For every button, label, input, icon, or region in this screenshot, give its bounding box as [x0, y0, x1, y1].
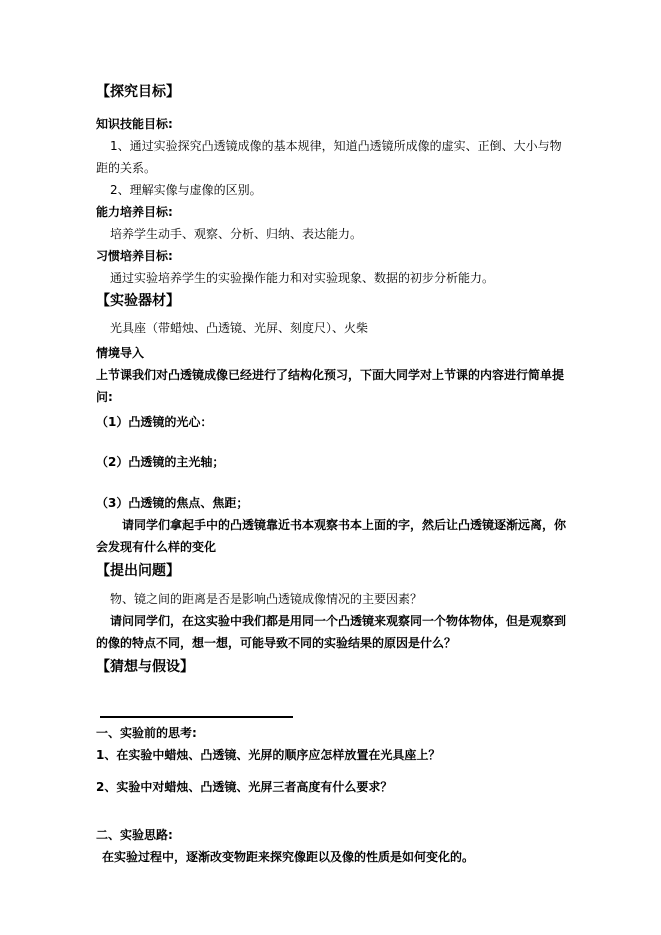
answer-blank-underline: [100, 703, 293, 718]
document-page: 【探究目标】知识技能目标:1、通过实验探究凸透镜成像的基本规律，知道凸透镜所成像…: [0, 0, 661, 935]
section-heading: 【猜想与假设】: [96, 655, 567, 679]
paragraph-line: 在实验过程中，逐渐改变物距来探究像距以及像的性质是如何变化的。: [96, 846, 567, 868]
paragraph-line: 情境导入: [96, 342, 567, 364]
paragraph-line: 二、实验思路:: [96, 824, 567, 846]
paragraph-line: 请同学们拿起手中的凸透镜靠近书本观察书本上面的字，然后让凸透镜逐渐远离，你会发现…: [96, 514, 567, 558]
paragraph-line: 培养学生动手、观察、分析、归纳、表达能力。: [96, 223, 567, 245]
paragraph-line: 上节课我们对凸透镜成像已经进行了结构化预习，下面大同学对上节课的内容进行简单提问…: [96, 364, 567, 408]
paragraph-line: 2、理解实像与虚像的区别。: [96, 179, 567, 201]
paragraph-line: 光具座（带蜡烛、凸透镜、光屏、刻度尺）、火柴: [96, 317, 567, 339]
paragraph-line: （2）凸透镜的主光轴；: [96, 451, 567, 473]
section-heading: 【提出问题】: [96, 559, 567, 583]
paragraph-line: 通过实验培养学生的实验操作能力和对实验现象、数据的初步分析能力。: [96, 267, 567, 289]
section-heading: 【探究目标】: [96, 80, 567, 104]
paragraph-line: 一、实验前的思考:: [96, 722, 567, 744]
paragraph-line: 物、镜之间的距离是否是影响凸透镜成像情况的主要因素？: [96, 588, 567, 610]
paragraph-line: 1、通过实验探究凸透镜成像的基本规律，知道凸透镜所成像的虚实、正倒、大小与物距的…: [96, 135, 567, 179]
paragraph-line: （1）凸透镜的光心：: [96, 411, 567, 433]
paragraph-line: 请问同学们，在这实验中我们都是用同一个凸透镜来观察同一个物体物体，但是观察到的像…: [96, 610, 567, 654]
paragraph-line: 能力培养目标:: [96, 201, 567, 223]
paragraph-line: 知识技能目标:: [96, 113, 567, 135]
paragraph-line: 1、在实验中蜡烛、凸透镜、光屏的顺序应怎样放置在光具座上？: [96, 744, 567, 766]
paragraph-line: （3）凸透镜的焦点、焦距；: [96, 492, 567, 514]
document-body: 【探究目标】知识技能目标:1、通过实验探究凸透镜成像的基本规律，知道凸透镜所成像…: [96, 80, 567, 868]
paragraph-line: 习惯培养目标:: [96, 245, 567, 267]
section-heading: 【实验器材】: [96, 289, 567, 313]
paragraph-line: 2、实验中对蜡烛、凸透镜、光屏三者高度有什么要求？: [96, 776, 567, 798]
